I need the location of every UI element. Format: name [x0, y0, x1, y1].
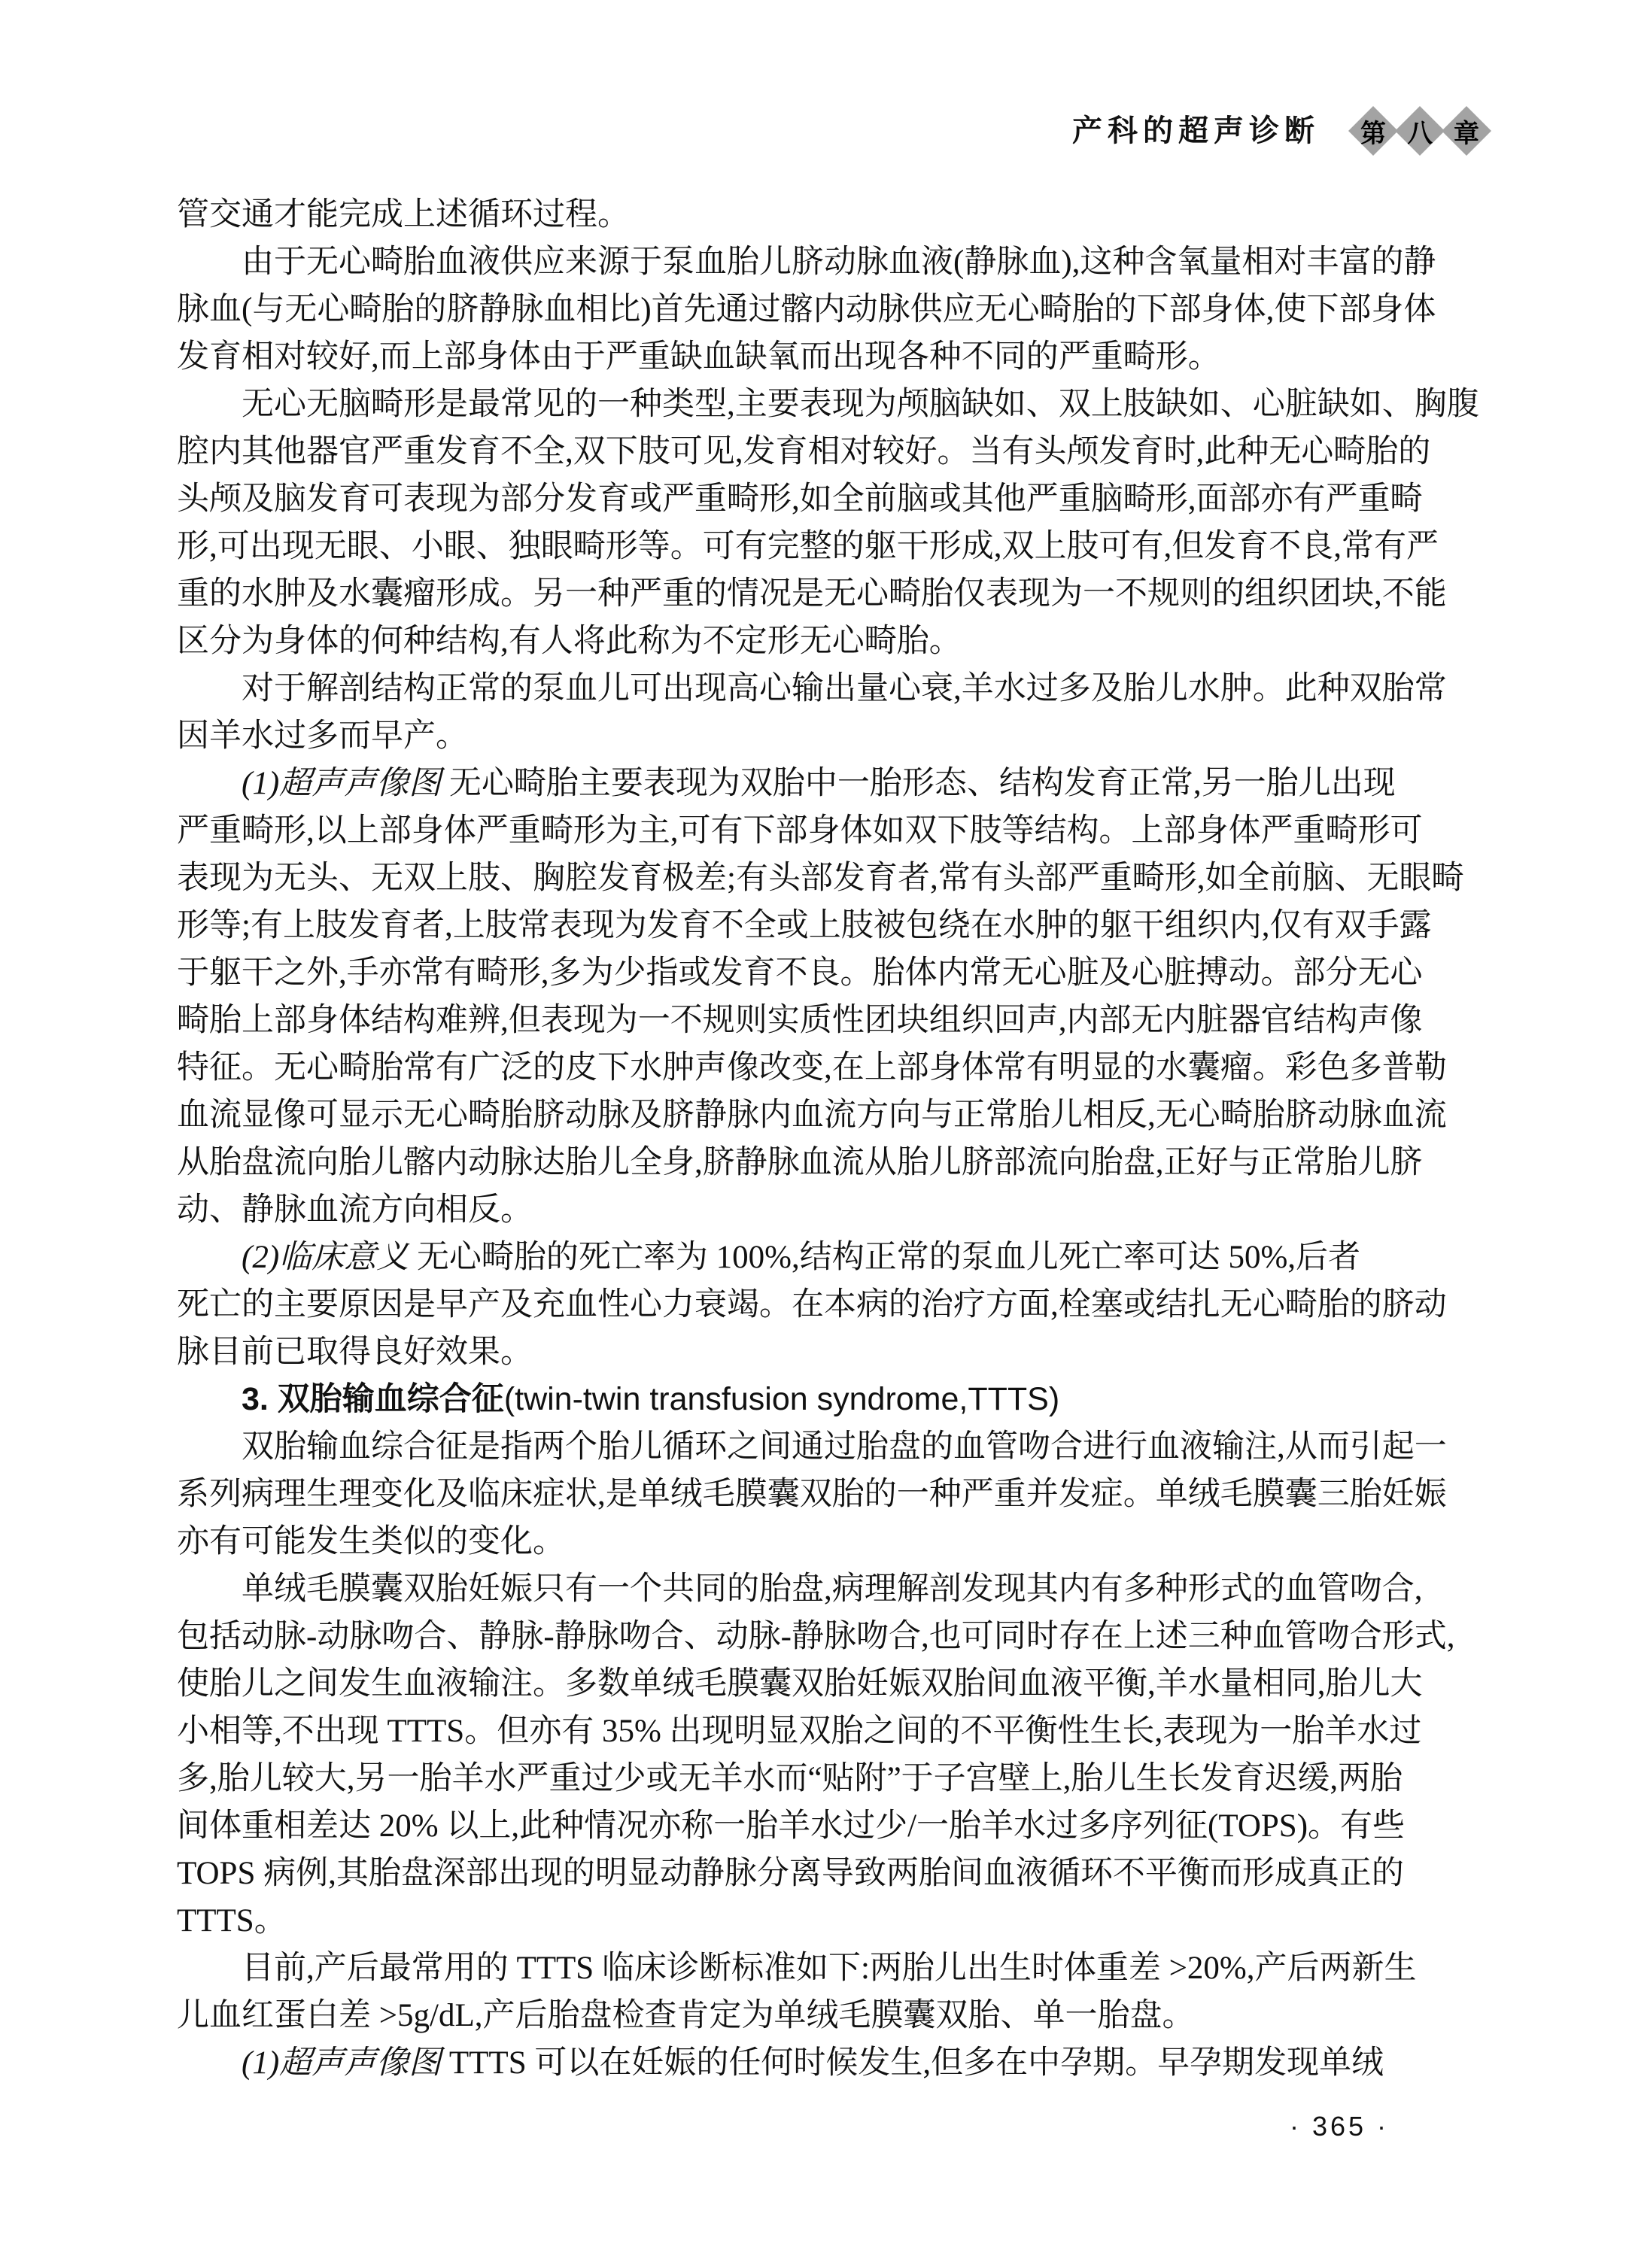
- chapter-char: 八: [1407, 113, 1433, 150]
- text-run: 死亡的主要原因是早产及充血性心力衰竭。在本病的治疗方面,栓塞或结扎无心畸胎的脐动: [177, 1287, 1447, 1322]
- text-line: 双胎输血综合征是指两个胎儿循环之间通过胎盘的血管吻合进行血液输注,从而引起一: [177, 1423, 1471, 1471]
- text-line: 由于无心畸胎血液供应来源于泵血胎儿脐动脉血液(静脉血),这种含氧量相对丰富的静: [177, 238, 1471, 286]
- text-line: 于躯干之外,手亦常有畸形,多为少指或发育不良。胎体内常无心脏及心脏搏动。部分无心: [177, 949, 1471, 997]
- text-line: 脉血(与无心畸胎的脐静脉血相比)首先通过髂内动脉供应无心畸胎的下部身体,使下部身…: [177, 286, 1471, 333]
- text-run: 系列病理生理变化及临床症状,是单绒毛膜囊双胎的一种严重并发症。单绒毛膜囊三胎妊娠: [177, 1477, 1447, 1512]
- chapter-char: 第: [1360, 113, 1386, 150]
- text-line: 表现为无头、无双上肢、胸腔发育极差;有头部发育者,常有头部严重畸形,如全前脑、无…: [177, 855, 1471, 902]
- text-run: TTTS 可以在妊娠的任何时候发生,但多在中孕期。早孕期发现单绒: [441, 2045, 1384, 2081]
- text-run: 特征。无心畸胎常有广泛的皮下水肿声像改变,在上部身体常有明显的水囊瘤。彩色多普勒: [177, 1050, 1447, 1085]
- text-run: 严重畸形,以上部身体严重畸形为主,可有下部身体如双下肢等结构。上部身体严重畸形可: [177, 813, 1423, 849]
- text-run: 无心无脑畸形是最常见的一种类型,主要表现为颅脑缺如、双上肢缺如、心脏缺如、胸腹: [242, 387, 1479, 422]
- text-line: 系列病理生理变化及临床症状,是单绒毛膜囊双胎的一种严重并发症。单绒毛膜囊三胎妊娠: [177, 1471, 1471, 1518]
- chapter-diamond: 章: [1442, 106, 1491, 156]
- text-line: 儿血红蛋白差 >5g/dL,产后胎盘检查肯定为单绒毛膜囊双胎、单一胎盘。: [177, 1992, 1471, 2039]
- text-run: 单绒毛膜囊双胎妊娠只有一个共同的胎盘,病理解剖发现其内有多种形式的血管吻合,: [242, 1571, 1423, 1607]
- text-line: 形等;有上肢发育者,上肢常表现为发育不全或上肢被包绕在水肿的躯干组织内,仅有双手…: [177, 902, 1471, 949]
- text-run: 包括动脉-动脉吻合、静脉-静脉吻合、动脉-静脉吻合,也可同时存在上述三种血管吻合…: [177, 1619, 1454, 1654]
- text-line: TOPS 病例,其胎盘深部出现的明显动静脉分离导致两胎间血液循环不平衡而形成真正…: [177, 1850, 1471, 1897]
- text-run: 从胎盘流向胎儿髂内动脉达胎儿全身,脐静脉血流从胎儿脐部流向胎盘,正好与正常胎儿脐: [177, 1145, 1423, 1180]
- text-line: 亦有可能发生类似的变化。: [177, 1518, 1471, 1565]
- text-run: 小相等,不出现 TTTS。但亦有 35% 出现明显双胎之间的不平衡性生长,表现为…: [177, 1714, 1421, 1749]
- page-number: · 365 ·: [1242, 2111, 1437, 2142]
- text-run: 3. 双胎输血综合征: [242, 1381, 504, 1417]
- text-line: 脉目前已取得良好效果。: [177, 1328, 1471, 1376]
- text-run: 由于无心畸胎血液供应来源于泵血胎儿脐动脉血液(静脉血),这种含氧量相对丰富的静: [242, 244, 1436, 280]
- text-line: 包括动脉-动脉吻合、静脉-静脉吻合、动脉-静脉吻合,也可同时存在上述三种血管吻合…: [177, 1613, 1471, 1660]
- text-line: 无心无脑畸形是最常见的一种类型,主要表现为颅脑缺如、双上肢缺如、心脏缺如、胸腹: [177, 381, 1471, 428]
- text-line: 目前,产后最常用的 TTTS 临床诊断标准如下:两胎儿出生时体重差 >20%,产…: [177, 1945, 1471, 1992]
- text-run: 发育相对较好,而上部身体由于严重缺血缺氧而出现各种不同的严重畸形。: [177, 339, 1220, 375]
- text-run: TTTS。: [177, 1903, 287, 1939]
- text-line: (1)超声声像图 无心畸胎主要表现为双胎中一胎形态、结构发育正常,另一胎儿出现: [177, 760, 1471, 807]
- text-run: 畸胎上部身体结构难辨,但表现为一不规则实质性团块组织回声,内部无内脏器官结构声像: [177, 1003, 1423, 1038]
- chapter-badge: 第 八 章: [1351, 106, 1491, 156]
- text-run: 儿血红蛋白差 >5g/dL,产后胎盘检查肯定为单绒毛膜囊双胎、单一胎盘。: [177, 1998, 1194, 2033]
- text-run: 血流显像可显示无心畸胎脐动脉及脐静脉内血流方向与正常胎儿相反,无心畸胎脐动脉血流: [177, 1098, 1447, 1133]
- text-line: 腔内其他器官严重发育不全,双下肢可见,发育相对较好。当有头颅发育时,此种无心畸胎…: [177, 428, 1471, 475]
- text-line: 重的水肿及水囊瘤形成。另一种严重的情况是无心畸胎仅表现为一不规则的组织团块,不能: [177, 570, 1471, 618]
- text-line: TTTS。: [177, 1897, 1471, 1945]
- chapter-diamond: 八: [1395, 106, 1445, 156]
- page-title: 产科的超声诊断: [1072, 104, 1320, 158]
- text-line: 严重畸形,以上部身体严重畸形为主,可有下部身体如双下肢等结构。上部身体严重畸形可: [177, 807, 1471, 855]
- text-run: 形等;有上肢发育者,上肢常表现为发育不全或上肢被包绕在水肿的躯干组织内,仅有双手…: [177, 908, 1431, 943]
- text-line: 动、静脉血流方向相反。: [177, 1186, 1471, 1234]
- text-run: 于躯干之外,手亦常有畸形,多为少指或发育不良。胎体内常无心脏及心脏搏动。部分无心: [177, 955, 1423, 991]
- text-run: 腔内其他器官严重发育不全,双下肢可见,发育相对较好。当有头颅发育时,此种无心畸胎…: [177, 434, 1430, 469]
- text-run: (1)超声声像图: [242, 2045, 441, 2081]
- page-header: 产科的超声诊断 第 八 章: [1072, 104, 1491, 158]
- text-run: (1)超声声像图: [242, 766, 441, 801]
- text-run: 因羊水过多而早产。: [177, 718, 468, 754]
- text-run: 重的水肿及水囊瘤形成。另一种严重的情况是无心畸胎仅表现为一不规则的组织团块,不能: [177, 576, 1447, 612]
- text-run: 无心畸胎主要表现为双胎中一胎形态、结构发育正常,另一胎儿出现: [441, 766, 1396, 801]
- text-line: 区分为身体的何种结构,有人将此称为不定形无心畸胎。: [177, 618, 1471, 665]
- text-run: 亦有可能发生类似的变化。: [177, 1524, 565, 1559]
- text-line: 小相等,不出现 TTTS。但亦有 35% 出现明显双胎之间的不平衡性生长,表现为…: [177, 1708, 1471, 1755]
- text-line: 因羊水过多而早产。: [177, 712, 1471, 760]
- text-line: 血流显像可显示无心畸胎脐动脉及脐静脉内血流方向与正常胎儿相反,无心畸胎脐动脉血流: [177, 1091, 1471, 1139]
- text-run: 表现为无头、无双上肢、胸腔发育极差;有头部发育者,常有头部严重畸形,如全前脑、无…: [177, 861, 1463, 896]
- text-line: 管交通才能完成上述循环过程。: [177, 191, 1471, 238]
- text-run: 动、静脉血流方向相反。: [177, 1192, 533, 1228]
- text-run: 头颅及脑发育可表现为部分发育或严重畸形,如全前脑或其他严重脑畸形,面部亦有严重畸: [177, 481, 1423, 517]
- text-line: 发育相对较好,而上部身体由于严重缺血缺氧而出现各种不同的严重畸形。: [177, 333, 1471, 381]
- text-line: 死亡的主要原因是早产及充血性心力衰竭。在本病的治疗方面,栓塞或结扎无心畸胎的脐动: [177, 1281, 1471, 1328]
- text-line: 使胎儿之间发生血液输注。多数单绒毛膜囊双胎妊娠双胎间血液平衡,羊水量相同,胎儿大: [177, 1660, 1471, 1708]
- chapter-diamond: 第: [1348, 106, 1398, 156]
- text-run: 形,可出现无眼、小眼、独眼畸形等。可有完整的躯干形成,双上肢可有,但发育不良,常…: [177, 529, 1439, 564]
- text-line: 对于解剖结构正常的泵血儿可出现高心输出量心衰,羊水过多及胎儿水肿。此种双胎常: [177, 665, 1471, 712]
- text-run: TOPS 病例,其胎盘深部出现的明显动静脉分离导致两胎间血液循环不平衡而形成真正…: [177, 1856, 1404, 1891]
- text-run: 无心畸胎的死亡率为 100%,结构正常的泵血儿死亡率可达 50%,后者: [409, 1240, 1360, 1275]
- text-run: 对于解剖结构正常的泵血儿可出现高心输出量心衰,羊水过多及胎儿水肿。此种双胎常: [242, 671, 1447, 706]
- text-line: 特征。无心畸胎常有广泛的皮下水肿声像改变,在上部身体常有明显的水囊瘤。彩色多普勒: [177, 1044, 1471, 1091]
- text-run: (twin-twin transfusion syndrome,TTTS): [504, 1381, 1059, 1417]
- text-run: (2)临床意义: [242, 1240, 409, 1275]
- text-line: 3. 双胎输血综合征(twin-twin transfusion syndrom…: [177, 1376, 1471, 1423]
- text-run: 目前,产后最常用的 TTTS 临床诊断标准如下:两胎儿出生时体重差 >20%,产…: [242, 1951, 1416, 1986]
- text-run: 间体重相差达 20% 以上,此种情况亦称一胎羊水过少/一胎羊水过多序列征(TOP…: [177, 1808, 1405, 1844]
- text-run: 多,胎儿较大,另一胎羊水严重过少或无羊水而“贴附”于子宫壁上,胎儿生长发育迟缓,…: [177, 1761, 1403, 1796]
- chapter-char: 章: [1454, 113, 1479, 150]
- text-run: 使胎儿之间发生血液输注。多数单绒毛膜囊双胎妊娠双胎间血液平衡,羊水量相同,胎儿大: [177, 1666, 1423, 1702]
- book-page: 产科的超声诊断 第 八 章 管交通才能完成上述循环过程。由于无心畸胎血液供应来源…: [0, 0, 1629, 2268]
- text-line: (1)超声声像图 TTTS 可以在妊娠的任何时候发生,但多在中孕期。早孕期发现单…: [177, 2039, 1471, 2087]
- text-line: 单绒毛膜囊双胎妊娠只有一个共同的胎盘,病理解剖发现其内有多种形式的血管吻合,: [177, 1565, 1471, 1613]
- text-run: 双胎输血综合征是指两个胎儿循环之间通过胎盘的血管吻合进行血液输注,从而引起一: [242, 1429, 1447, 1465]
- text-run: 管交通才能完成上述循环过程。: [177, 197, 630, 232]
- text-line: 畸胎上部身体结构难辨,但表现为一不规则实质性团块组织回声,内部无内脏器官结构声像: [177, 997, 1471, 1044]
- text-line: 多,胎儿较大,另一胎羊水严重过少或无羊水而“贴附”于子宫壁上,胎儿生长发育迟缓,…: [177, 1755, 1471, 1802]
- text-line: 形,可出现无眼、小眼、独眼畸形等。可有完整的躯干形成,双上肢可有,但发育不良,常…: [177, 523, 1471, 570]
- text-line: 头颅及脑发育可表现为部分发育或严重畸形,如全前脑或其他严重脑畸形,面部亦有严重畸: [177, 475, 1471, 523]
- text-run: 脉目前已取得良好效果。: [177, 1334, 533, 1370]
- text-line: (2)临床意义 无心畸胎的死亡率为 100%,结构正常的泵血儿死亡率可达 50%…: [177, 1234, 1471, 1281]
- text-line: 从胎盘流向胎儿髂内动脉达胎儿全身,脐静脉血流从胎儿脐部流向胎盘,正好与正常胎儿脐: [177, 1139, 1471, 1186]
- text-line: 间体重相差达 20% 以上,此种情况亦称一胎羊水过少/一胎羊水过多序列征(TOP…: [177, 1802, 1471, 1850]
- text-run: 区分为身体的何种结构,有人将此称为不定形无心畸胎。: [177, 624, 962, 659]
- body-text: 管交通才能完成上述循环过程。由于无心畸胎血液供应来源于泵血胎儿脐动脉血液(静脉血…: [177, 191, 1471, 2087]
- text-run: 脉血(与无心畸胎的脐静脉血相比)首先通过髂内动脉供应无心畸胎的下部身体,使下部身…: [177, 292, 1436, 327]
